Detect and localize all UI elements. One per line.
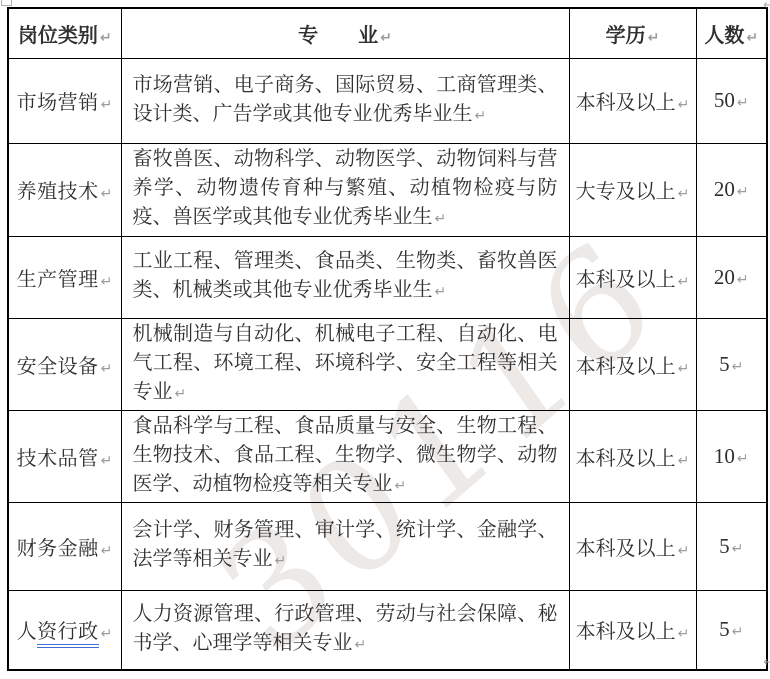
- cell-major: 人力资源管理、行政管理、劳动与社会保障、秘书学、心理学等相关专业↵: [121, 590, 569, 670]
- cell-category: 财务金融↵: [8, 502, 121, 590]
- cell-end-mark-icon: ↵: [732, 359, 744, 375]
- cell-category: 人资行政↵: [8, 590, 121, 670]
- cell-count: 5↵: [696, 502, 767, 590]
- cell-major: 机械制造与自动化、机械电子工程、自动化、电气工程、环境工程、环境科学、安全工程等…: [121, 318, 569, 410]
- category-text: 生产管理: [17, 269, 99, 291]
- cell-end-mark-icon: ↵: [275, 553, 287, 569]
- category-text: 市场营销: [17, 92, 99, 114]
- cell-end-mark-icon: ↵: [380, 30, 392, 46]
- cell-education: 本科及以上↵: [569, 236, 696, 318]
- header-count: 人数↵: [696, 8, 767, 58]
- cell-major: 会计学、财务管理、审计学、统计学、金融学、法学等相关专业↵: [121, 502, 569, 590]
- education-text: 本科及以上: [576, 356, 676, 378]
- cell-education: 本科及以上↵: [569, 58, 696, 143]
- cell-education: 本科及以上↵: [569, 502, 696, 590]
- header-education: 学历↵: [569, 8, 696, 58]
- cell-end-mark-icon: ↵: [475, 108, 487, 124]
- count-text: 5: [719, 352, 730, 376]
- table-move-handle-icon: [1, 0, 12, 6]
- cell-end-mark-icon: ↵: [175, 386, 187, 402]
- header-category-label: 岗位类别: [18, 25, 98, 47]
- cell-major: 市场营销、电子商务、国际贸易、工商管理类、设计类、广告学或其他专业优秀毕业生↵: [121, 58, 569, 143]
- major-text: 工业工程、管理类、食品类、生物类、畜牧兽医类、机械类或其他专业优秀毕业生: [133, 250, 558, 301]
- cell-end-mark-icon: ↵: [100, 30, 112, 46]
- cell-end-mark-icon: ↵: [395, 478, 407, 494]
- cell-education: 本科及以上↵: [569, 410, 696, 502]
- cell-end-mark-icon: ↵: [678, 626, 690, 642]
- education-text: 本科及以上: [576, 448, 676, 470]
- count-text: 5: [719, 534, 730, 558]
- cell-end-mark-icon: ↵: [101, 274, 113, 290]
- header-major: 专 业↵: [121, 8, 569, 58]
- cell-end-mark-icon: ↵: [746, 30, 758, 46]
- major-text: 畜牧兽医、动物科学、动物医学、动物饲料与营养学、动物遗传育种与繁殖、动植物检疫与…: [133, 148, 558, 228]
- education-text: 本科及以上: [576, 621, 676, 643]
- cell-end-mark-icon: ↵: [678, 453, 690, 469]
- count-text: 10: [714, 444, 735, 468]
- category-text-grammar-underline: 资行政: [37, 621, 99, 648]
- table-row: 技术品管↵ 食品科学与工程、食品质量与安全、生物工程、生物技术、食品工程、生物学…: [8, 410, 767, 502]
- cell-count: 5↵: [696, 590, 767, 670]
- cell-end-mark-icon: ↵: [101, 361, 113, 377]
- cell-end-mark-icon: ↵: [101, 543, 113, 559]
- cell-count: 5↵: [696, 318, 767, 410]
- cell-end-mark-icon: ↵: [435, 211, 447, 227]
- cell-end-mark-icon: ↵: [678, 274, 690, 290]
- education-text: 本科及以上: [576, 538, 676, 560]
- education-text: 本科及以上: [576, 92, 676, 114]
- category-text: 财务金融: [17, 538, 99, 560]
- cell-end-mark-icon: ↵: [355, 637, 367, 653]
- header-education-label: 学历: [606, 25, 646, 47]
- table-row: 市场营销↵ 市场营销、电子商务、国际贸易、工商管理类、设计类、广告学或其他专业优…: [8, 58, 767, 143]
- cell-category: 养殖技术↵: [8, 143, 121, 236]
- cell-end-mark-icon: ↵: [435, 284, 447, 300]
- document-page: 30116 ↵ ↵ 岗位类别↵ 专 业↵ 学历↵ 人数↵ 市场营销↵ 市场营销、…: [0, 0, 770, 679]
- major-text: 食品科学与工程、食品质量与安全、生物工程、生物技术、食品工程、生物学、微生物学、…: [133, 415, 558, 495]
- header-category: 岗位类别↵: [8, 8, 121, 58]
- cell-end-mark-icon: ↵: [678, 97, 690, 113]
- cell-category: 市场营销↵: [8, 58, 121, 143]
- education-text: 本科及以上: [576, 269, 676, 291]
- cell-count: 20↵: [696, 143, 767, 236]
- count-text: 50: [714, 88, 735, 112]
- cell-end-mark-icon: ↵: [737, 95, 749, 111]
- cell-education: 大专及以上↵: [569, 143, 696, 236]
- cell-end-mark-icon: ↵: [737, 272, 749, 288]
- cell-end-mark-icon: ↵: [101, 97, 113, 113]
- table-header-row: 岗位类别↵ 专 业↵ 学历↵ 人数↵: [8, 8, 767, 58]
- category-text: 技术品管: [17, 448, 99, 470]
- cell-end-mark-icon: ↵: [737, 184, 749, 200]
- category-text: 养殖技术: [17, 181, 99, 203]
- table-row: 财务金融↵ 会计学、财务管理、审计学、统计学、金融学、法学等相关专业↵ 本科及以…: [8, 502, 767, 590]
- cell-count: 10↵: [696, 410, 767, 502]
- header-major-label: 专 业: [298, 25, 378, 47]
- major-text: 会计学、财务管理、审计学、统计学、金融学、法学等相关专业: [133, 519, 558, 570]
- cell-end-mark-icon: ↵: [732, 624, 744, 640]
- education-text: 大专及以上: [576, 181, 676, 203]
- category-text: 安全设备: [17, 356, 99, 378]
- major-text: 机械制造与自动化、机械电子工程、自动化、电气工程、环境工程、环境科学、安全工程等…: [133, 323, 558, 403]
- cell-category: 技术品管↵: [8, 410, 121, 502]
- cell-education: 本科及以上↵: [569, 590, 696, 670]
- cell-end-mark-icon: ↵: [101, 186, 113, 202]
- row-end-mark-icon: ↵: [763, 655, 770, 670]
- recruitment-table: 岗位类别↵ 专 业↵ 学历↵ 人数↵ 市场营销↵ 市场营销、电子商务、国际贸易、…: [7, 7, 768, 671]
- cell-end-mark-icon: ↵: [101, 626, 113, 642]
- cell-education: 本科及以上↵: [569, 318, 696, 410]
- cell-end-mark-icon: ↵: [678, 186, 690, 202]
- count-text: 20: [714, 177, 735, 201]
- cell-count: 50↵: [696, 58, 767, 143]
- cell-major: 食品科学与工程、食品质量与安全、生物工程、生物技术、食品工程、生物学、微生物学、…: [121, 410, 569, 502]
- header-count-label: 人数: [704, 25, 744, 47]
- cell-end-mark-icon: ↵: [737, 451, 749, 467]
- cell-count: 20↵: [696, 236, 767, 318]
- table-row: 安全设备↵ 机械制造与自动化、机械电子工程、自动化、电气工程、环境工程、环境科学…: [8, 318, 767, 410]
- count-text: 20: [714, 265, 735, 289]
- cell-end-mark-icon: ↵: [648, 30, 660, 46]
- category-text: 人: [17, 621, 38, 643]
- count-text: 5: [719, 617, 730, 641]
- cell-end-mark-icon: ↵: [678, 543, 690, 559]
- cell-major: 工业工程、管理类、食品类、生物类、畜牧兽医类、机械类或其他专业优秀毕业生↵: [121, 236, 569, 318]
- cell-end-mark-icon: ↵: [732, 541, 744, 557]
- cell-major: 畜牧兽医、动物科学、动物医学、动物饲料与营养学、动物遗传育种与繁殖、动植物检疫与…: [121, 143, 569, 236]
- cell-category: 安全设备↵: [8, 318, 121, 410]
- major-text: 人力资源管理、行政管理、劳动与社会保障、秘书学、心理学等相关专业: [133, 603, 558, 654]
- cell-end-mark-icon: ↵: [678, 361, 690, 377]
- major-text: 市场营销、电子商务、国际贸易、工商管理类、设计类、广告学或其他专业优秀毕业生: [133, 74, 558, 125]
- cell-category: 生产管理↵: [8, 236, 121, 318]
- table-row: 养殖技术↵ 畜牧兽医、动物科学、动物医学、动物饲料与营养学、动物遗传育种与繁殖、…: [8, 143, 767, 236]
- table-row: 人资行政↵ 人力资源管理、行政管理、劳动与社会保障、秘书学、心理学等相关专业↵ …: [8, 590, 767, 670]
- table-row: 生产管理↵ 工业工程、管理类、食品类、生物类、畜牧兽医类、机械类或其他专业优秀毕…: [8, 236, 767, 318]
- cell-end-mark-icon: ↵: [101, 453, 113, 469]
- row-end-mark-icon: ↵: [763, 0, 770, 13]
